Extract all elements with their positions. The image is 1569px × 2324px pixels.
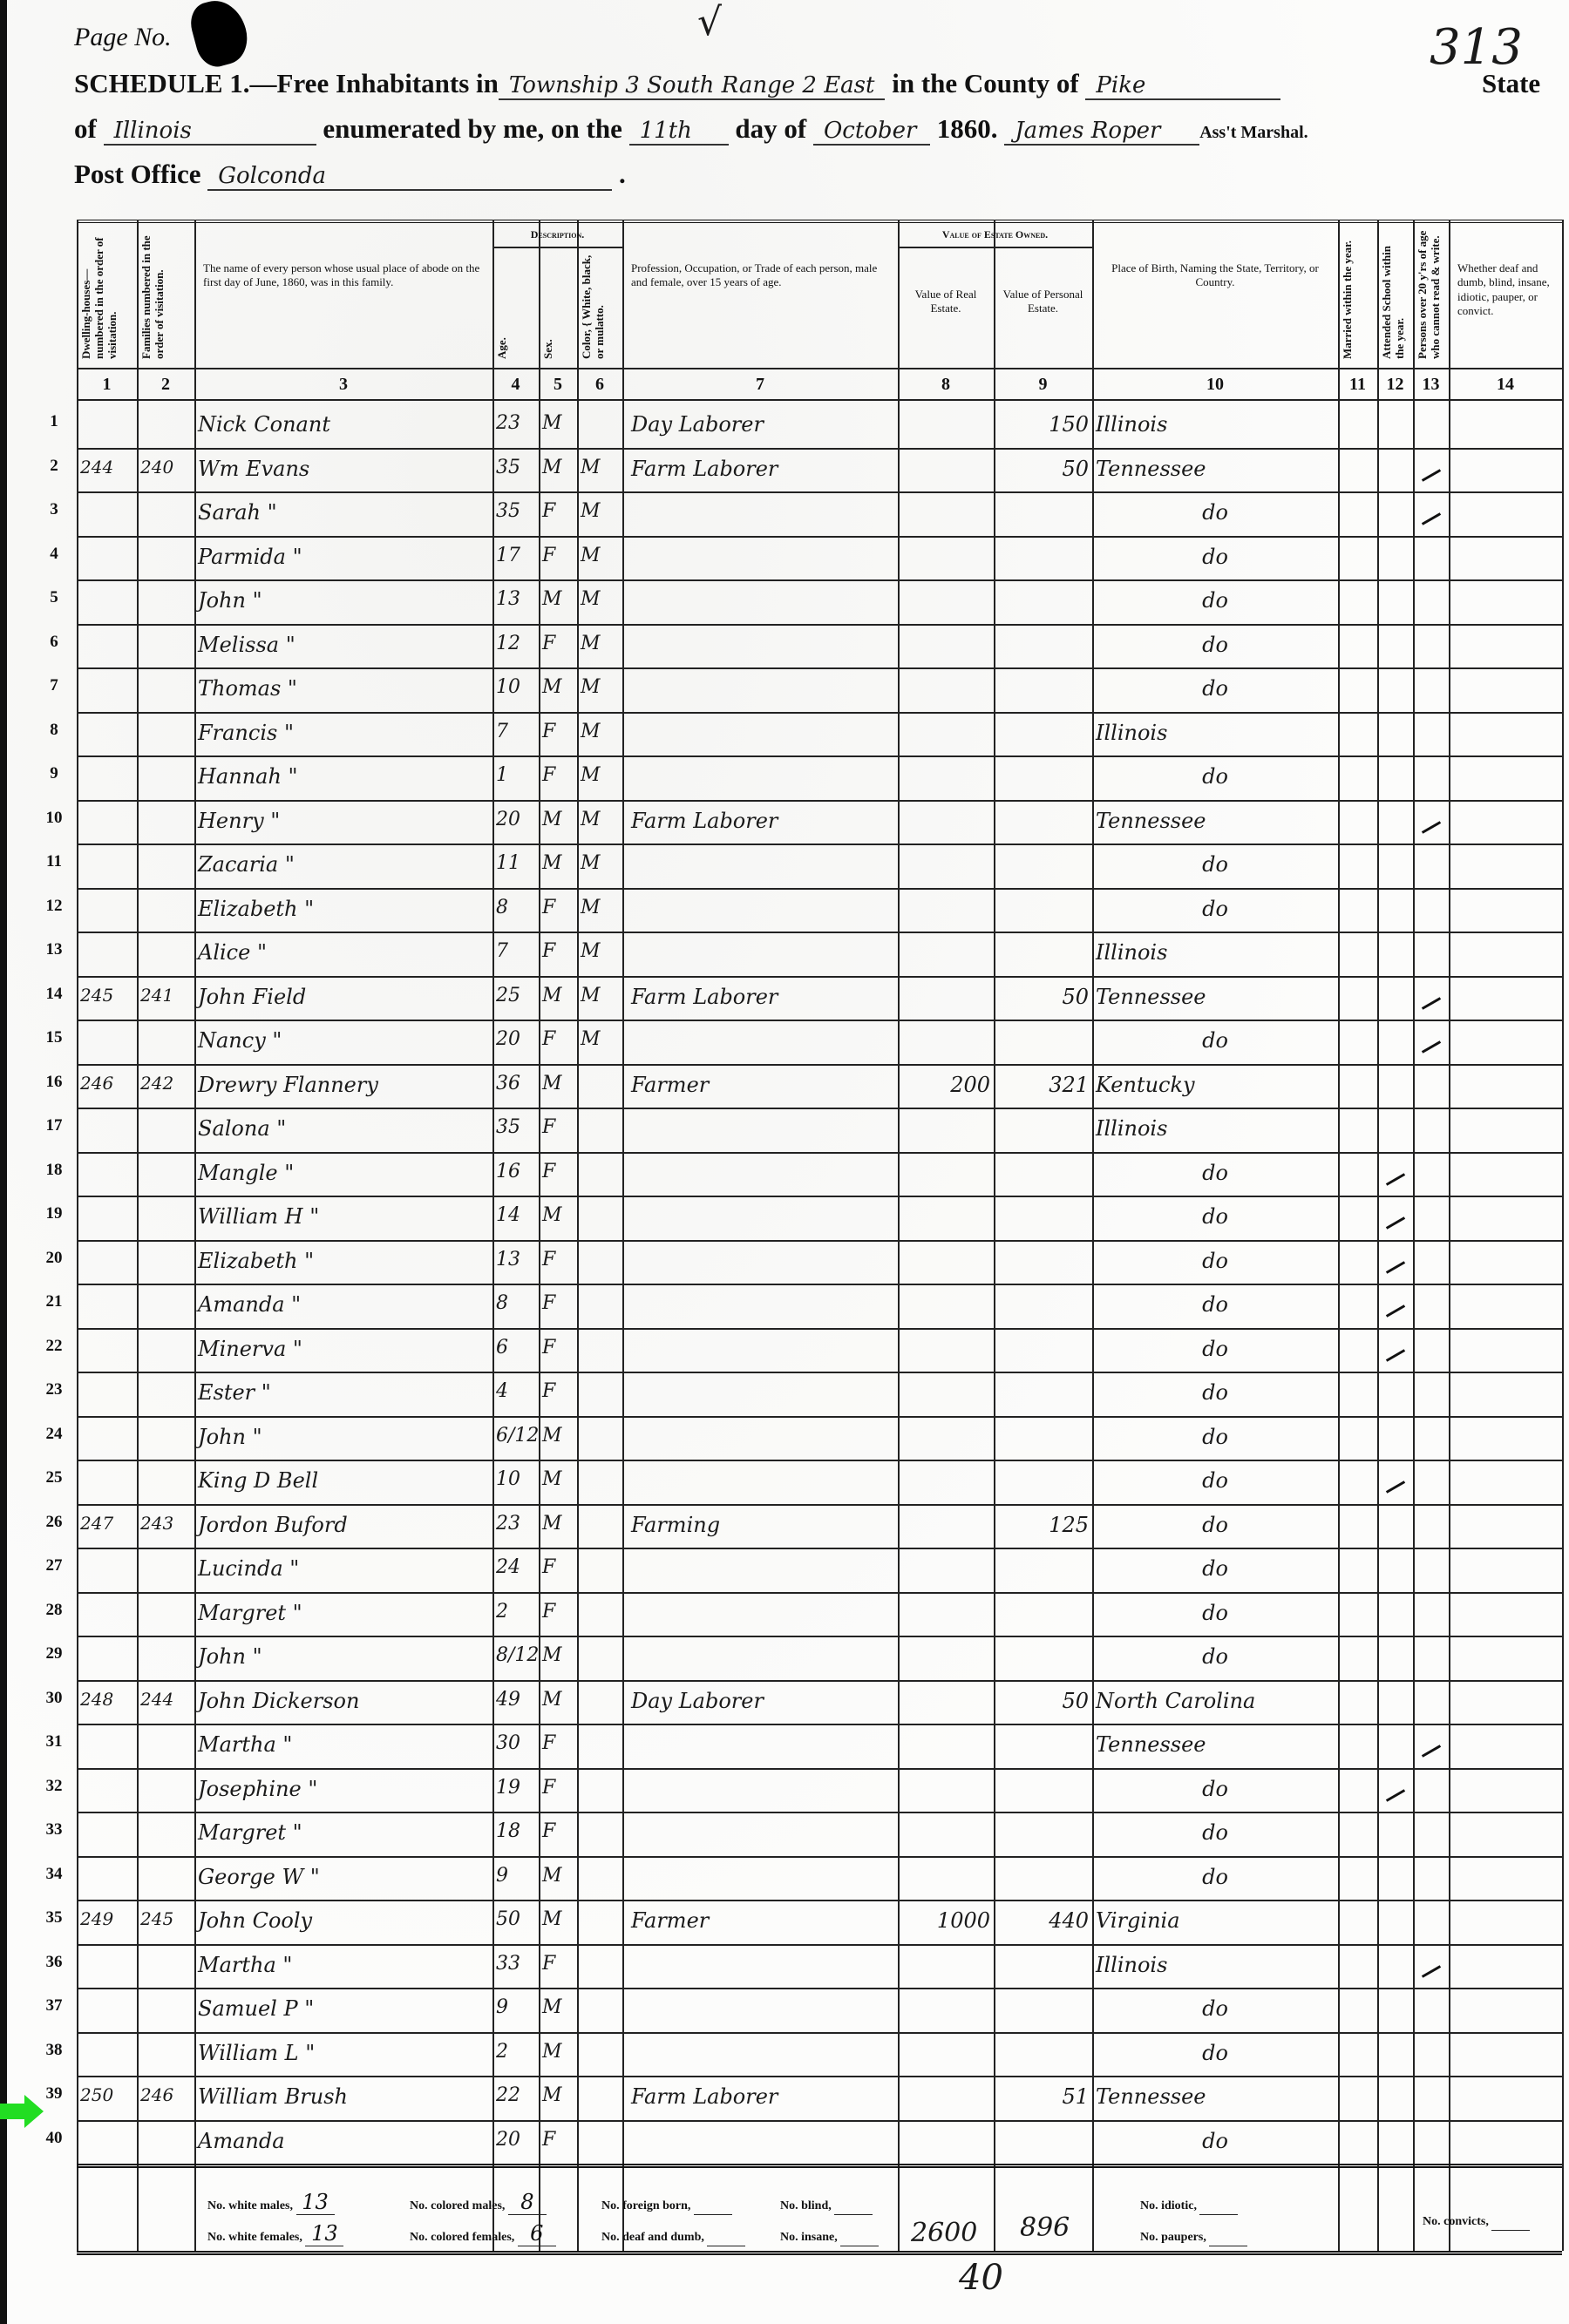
color: M bbox=[581, 545, 619, 566]
white-females: No. white females, 13 bbox=[207, 2221, 343, 2246]
row-rule bbox=[77, 1416, 1562, 1418]
row-rule bbox=[77, 1196, 1562, 1197]
dwelling-number: 245 bbox=[80, 985, 133, 1006]
paupers: No. paupers, bbox=[1140, 2221, 1247, 2246]
real-estate-total: 2600 bbox=[911, 2218, 977, 2248]
birthplace: do bbox=[1096, 1556, 1335, 1581]
post-office: Golconda bbox=[207, 163, 612, 191]
personal-estate-value: 50 bbox=[997, 985, 1089, 1009]
paupers-label: No. paupers, bbox=[1140, 2231, 1209, 2244]
sex: M bbox=[542, 852, 574, 874]
person-name: Amanda bbox=[198, 2129, 489, 2153]
line-number: 18 bbox=[38, 1161, 70, 1180]
column-header-7: Profession, Occupation, or Trade of each… bbox=[631, 261, 889, 290]
person-name: John Field bbox=[198, 985, 489, 1009]
dwelling-number: 247 bbox=[80, 1513, 133, 1534]
column-header-13: Persons over 20 y'rs of age who cannot r… bbox=[1416, 228, 1445, 359]
birthplace: do bbox=[1096, 1204, 1335, 1229]
age: 19 bbox=[496, 1777, 535, 1799]
line-number: 26 bbox=[38, 1513, 70, 1532]
column-number-9: 9 bbox=[994, 375, 1092, 395]
line-number: 14 bbox=[38, 985, 70, 1004]
birthplace: do bbox=[1096, 1425, 1335, 1449]
birthplace: North Carolina bbox=[1096, 1689, 1335, 1713]
enumeration-line: of Illinois enumerated by me, on the 11t… bbox=[74, 113, 1308, 146]
sex: F bbox=[542, 897, 574, 918]
person-name: Wm Evans bbox=[198, 457, 489, 481]
person-name: Margret " bbox=[198, 1601, 489, 1625]
ink-blot bbox=[186, 0, 253, 71]
line-number: 30 bbox=[38, 1689, 70, 1708]
birthplace: do bbox=[1096, 500, 1335, 525]
age: 25 bbox=[496, 985, 535, 1006]
birthplace: Tennessee bbox=[1096, 457, 1335, 481]
age: 4 bbox=[496, 1380, 535, 1402]
color: M bbox=[581, 721, 619, 742]
school-tick bbox=[1386, 1480, 1405, 1494]
color: M bbox=[581, 676, 619, 698]
real-estate-value: 1000 bbox=[901, 1908, 990, 1933]
row-rule bbox=[77, 1372, 1562, 1373]
color: M bbox=[581, 985, 619, 1006]
white-males-label: No. white males, bbox=[207, 2199, 296, 2212]
birthplace: do bbox=[1096, 588, 1335, 613]
birthplace: Kentucky bbox=[1096, 1073, 1335, 1097]
person-name: Amanda " bbox=[198, 1292, 489, 1317]
person-name: Thomas " bbox=[198, 676, 489, 701]
day: 11th bbox=[629, 118, 729, 146]
age: 9 bbox=[496, 1996, 535, 2018]
line-number: 8 bbox=[38, 721, 70, 740]
person-name: Salona " bbox=[198, 1116, 489, 1141]
colnum-bottom-rule bbox=[77, 399, 1562, 401]
birthplace: Virginia bbox=[1096, 1908, 1335, 1933]
paupers-value bbox=[1209, 2221, 1247, 2246]
column-divider bbox=[577, 220, 579, 2251]
birthplace: do bbox=[1096, 1380, 1335, 1405]
family-number: 242 bbox=[140, 1073, 191, 1094]
column-number-1: 1 bbox=[77, 375, 137, 395]
sex: M bbox=[542, 457, 574, 478]
personal-estate-value: 51 bbox=[997, 2084, 1089, 2109]
column-header-1: Dwelling-houses—numbered in the order of… bbox=[80, 228, 133, 359]
column-divider bbox=[1562, 220, 1564, 2251]
row-rule bbox=[77, 932, 1562, 933]
line-number: 40 bbox=[38, 2129, 70, 2148]
estate-rule bbox=[898, 247, 1092, 248]
convicts: No. convicts, bbox=[1423, 2205, 1530, 2231]
insane: No. insane, bbox=[780, 2221, 879, 2246]
illiterate-tick bbox=[1422, 997, 1441, 1010]
birthplace: do bbox=[1096, 1028, 1335, 1053]
person-name: Parmida " bbox=[198, 545, 489, 569]
sex: F bbox=[542, 1249, 574, 1270]
row-rule bbox=[77, 1108, 1562, 1109]
dwelling-number: 244 bbox=[80, 457, 133, 478]
sex: F bbox=[542, 1380, 574, 1402]
family-number: 241 bbox=[140, 985, 191, 1006]
header-bottom-rule bbox=[77, 368, 1562, 369]
township: Township 3 South Range 2 East bbox=[499, 72, 886, 100]
estate-group-header: Value of Estate Owned. bbox=[898, 228, 1092, 241]
line-number: 31 bbox=[38, 1732, 70, 1751]
age: 6/12 bbox=[496, 1425, 535, 1447]
line-number: 20 bbox=[38, 1249, 70, 1268]
birthplace: Illinois bbox=[1096, 1953, 1335, 1977]
row-rule bbox=[77, 1460, 1562, 1461]
column-header-3: The name of every person whose usual pla… bbox=[203, 261, 484, 290]
column-divider bbox=[137, 220, 139, 2251]
person-name: George W " bbox=[198, 1865, 489, 1889]
personal-estate-value: 440 bbox=[997, 1908, 1089, 1933]
line-number: 36 bbox=[38, 1953, 70, 1972]
sex: M bbox=[542, 588, 574, 610]
sex: M bbox=[542, 1425, 574, 1447]
personal-estate-value: 50 bbox=[997, 457, 1089, 481]
school-tick bbox=[1386, 1304, 1405, 1318]
colored-females: No. colored females, 6 bbox=[410, 2221, 556, 2246]
column-header-14: Whether deaf and dumb, blind, insane, id… bbox=[1457, 261, 1553, 318]
deaf-dumb-value bbox=[707, 2221, 745, 2246]
personal-estate-total: 896 bbox=[1020, 2212, 1070, 2243]
column-header-4: Age. bbox=[496, 254, 535, 359]
row-rule bbox=[77, 1812, 1562, 1813]
column-header-11: Married within the year. bbox=[1341, 228, 1374, 359]
row-rule bbox=[77, 448, 1562, 450]
row-rule bbox=[77, 1592, 1562, 1594]
person-name: Lucinda " bbox=[198, 1556, 489, 1581]
age: 20 bbox=[496, 809, 535, 830]
line-number: 32 bbox=[38, 1777, 70, 1796]
birthplace: Illinois bbox=[1096, 1116, 1335, 1141]
birthplace: do bbox=[1096, 1337, 1335, 1361]
column-header-12: Attended School within the year. bbox=[1381, 228, 1409, 359]
line-number: 19 bbox=[38, 1204, 70, 1223]
idiotic: No. idiotic, bbox=[1140, 2190, 1238, 2215]
age: 7 bbox=[496, 940, 535, 962]
line-number: 10 bbox=[38, 809, 70, 828]
column-header-8: Value of Real Estate. bbox=[907, 288, 985, 316]
year: 1860. bbox=[937, 113, 998, 144]
foreign-born-value bbox=[694, 2190, 732, 2215]
age: 1 bbox=[496, 764, 535, 786]
birthplace: do bbox=[1096, 633, 1335, 657]
birthplace: do bbox=[1096, 1777, 1335, 1801]
birthplace: do bbox=[1096, 1292, 1335, 1317]
color: M bbox=[581, 809, 619, 830]
birthplace: do bbox=[1096, 764, 1335, 789]
birthplace: Illinois bbox=[1096, 940, 1335, 965]
line-number: 25 bbox=[38, 1468, 70, 1487]
sex: F bbox=[542, 633, 574, 654]
row-rule bbox=[77, 1680, 1562, 1682]
schedule-title-line: SCHEDULE 1.—Free Inhabitants inTownship … bbox=[74, 68, 1280, 100]
sex: F bbox=[542, 2129, 574, 2151]
birthplace: do bbox=[1096, 1820, 1335, 1845]
sex: F bbox=[542, 1116, 574, 1138]
line-number: 28 bbox=[38, 1601, 70, 1620]
occupation: Day Laborer bbox=[626, 412, 900, 437]
row-rule bbox=[77, 536, 1562, 538]
age: 2 bbox=[496, 1601, 535, 1623]
person-name: Minerva " bbox=[198, 1337, 489, 1361]
row-rule bbox=[77, 1504, 1562, 1506]
row-rule bbox=[77, 1988, 1562, 1989]
blind-label: No. blind, bbox=[780, 2199, 834, 2212]
dwelling-number: 248 bbox=[80, 1689, 133, 1710]
occupation: Farm Laborer bbox=[626, 2084, 900, 2109]
sex: M bbox=[542, 1996, 574, 2018]
line-number: 33 bbox=[38, 1820, 70, 1840]
birthplace: do bbox=[1096, 1161, 1335, 1185]
age: 13 bbox=[496, 1249, 535, 1270]
column-divider bbox=[1413, 220, 1415, 2251]
illiterate-tick bbox=[1422, 1040, 1441, 1054]
school-tick bbox=[1386, 1349, 1405, 1362]
row-rule bbox=[77, 579, 1562, 581]
color: M bbox=[581, 457, 619, 478]
insane-label: No. insane, bbox=[780, 2231, 840, 2244]
person-name: Elizabeth " bbox=[198, 1249, 489, 1273]
line-number: 2 bbox=[38, 457, 70, 476]
row-rule bbox=[77, 624, 1562, 626]
blind: No. blind, bbox=[780, 2190, 873, 2215]
age: 8/12 bbox=[496, 1644, 535, 1666]
row-rule bbox=[77, 2120, 1562, 2122]
line-number: 7 bbox=[38, 676, 70, 695]
age: 23 bbox=[496, 1513, 535, 1535]
birthplace: Tennessee bbox=[1096, 2084, 1335, 2109]
line-number: 22 bbox=[38, 1337, 70, 1356]
person-name: Ester " bbox=[198, 1380, 489, 1405]
person-name: Mangle " bbox=[198, 1161, 489, 1185]
county-label: in the County of bbox=[892, 68, 1078, 98]
column-number-12: 12 bbox=[1377, 375, 1413, 395]
illiterate-tick bbox=[1422, 512, 1441, 525]
colored-females-value: 6 bbox=[518, 2221, 556, 2246]
age: 10 bbox=[496, 676, 535, 698]
person-name: Nick Conant bbox=[198, 412, 489, 437]
sex: F bbox=[542, 1161, 574, 1182]
family-number: 246 bbox=[140, 2084, 191, 2105]
line-number: 17 bbox=[38, 1116, 70, 1135]
column-number-4: 4 bbox=[492, 375, 539, 395]
column-divider bbox=[1338, 220, 1340, 2251]
person-name: William H " bbox=[198, 1204, 489, 1229]
column-header-9: Value of Personal Estate. bbox=[1002, 288, 1083, 316]
column-divider bbox=[1377, 220, 1379, 2251]
row-rule bbox=[77, 1284, 1562, 1285]
day-of-label: day of bbox=[735, 113, 806, 144]
person-name: William L " bbox=[198, 2041, 489, 2065]
age: 2 bbox=[496, 2041, 535, 2063]
scan-edge bbox=[0, 0, 7, 2324]
marshal-label: Ass't Marshal. bbox=[1199, 123, 1307, 142]
birthplace: do bbox=[1096, 2129, 1335, 2153]
check-mark: √ bbox=[697, 0, 722, 44]
personal-estate-value: 50 bbox=[997, 1689, 1089, 1713]
birthplace: do bbox=[1096, 1601, 1335, 1625]
column-header-5: Sex. bbox=[542, 254, 574, 359]
dwelling-number: 250 bbox=[80, 2084, 133, 2105]
line-number: 24 bbox=[38, 1425, 70, 1444]
footer-bottom-rule bbox=[77, 2251, 1562, 2255]
person-name: John " bbox=[198, 588, 489, 613]
age: 20 bbox=[496, 2129, 535, 2151]
person-name: John " bbox=[198, 1644, 489, 1669]
line-number: 13 bbox=[38, 940, 70, 959]
column-number-14: 14 bbox=[1449, 375, 1562, 395]
line-number: 1 bbox=[38, 412, 70, 431]
age: 50 bbox=[496, 1908, 535, 1930]
birthplace: Tennessee bbox=[1096, 985, 1335, 1009]
row-rule bbox=[77, 976, 1562, 978]
sex: M bbox=[542, 1908, 574, 1930]
marshal-name: James Roper bbox=[1004, 118, 1199, 146]
color: M bbox=[581, 897, 619, 918]
deaf-dumb-label: No. deaf and dumb, bbox=[601, 2231, 707, 2244]
white-males: No. white males, 13 bbox=[207, 2190, 335, 2215]
column-divider bbox=[622, 220, 624, 2251]
line-number: 35 bbox=[38, 1908, 70, 1928]
column-number-10: 10 bbox=[1092, 375, 1338, 395]
occupation: Farmer bbox=[626, 1908, 900, 1933]
convicts-label: No. convicts, bbox=[1423, 2215, 1491, 2228]
post-office-line: Post Office Golconda . bbox=[74, 159, 626, 191]
sex: M bbox=[542, 809, 574, 830]
person-name: Zacaria " bbox=[198, 852, 489, 877]
person-name: Jordon Buford bbox=[198, 1513, 489, 1537]
dwelling-number: 246 bbox=[80, 1073, 133, 1094]
person-name: Josephine " bbox=[198, 1777, 489, 1801]
column-number-13: 13 bbox=[1413, 375, 1449, 395]
line-number: 29 bbox=[38, 1644, 70, 1663]
occupation: Farm Laborer bbox=[626, 985, 900, 1009]
footer-top-rule bbox=[77, 2164, 1562, 2168]
age: 23 bbox=[496, 412, 535, 434]
age: 8 bbox=[496, 897, 535, 918]
age: 33 bbox=[496, 1953, 535, 1975]
colored-males-value: 8 bbox=[508, 2190, 547, 2215]
row-rule bbox=[77, 1944, 1562, 1946]
person-name: Hannah " bbox=[198, 764, 489, 789]
schedule-title: SCHEDULE 1.—Free Inhabitants in bbox=[74, 68, 499, 98]
person-name: Melissa " bbox=[198, 633, 489, 657]
row-rule bbox=[77, 1768, 1562, 1770]
sex: M bbox=[542, 676, 574, 698]
person-name: Drewry Flannery bbox=[198, 1073, 489, 1097]
sex: M bbox=[542, 1644, 574, 1666]
birthplace: Tennessee bbox=[1096, 1732, 1335, 1757]
row-rule bbox=[77, 712, 1562, 714]
occupation: Farmer bbox=[626, 1073, 900, 1097]
row-rule bbox=[77, 667, 1562, 669]
column-header-6: Color, { White, black, or mulatto. bbox=[581, 254, 619, 359]
insane-value bbox=[840, 2221, 879, 2246]
sex: M bbox=[542, 1073, 574, 1094]
blind-value bbox=[834, 2190, 873, 2215]
age: 11 bbox=[496, 852, 535, 874]
occupation: Farming bbox=[626, 1513, 900, 1537]
column-number-3: 3 bbox=[194, 375, 492, 395]
person-name: Margret " bbox=[198, 1820, 489, 1845]
sex: M bbox=[542, 2041, 574, 2063]
occupation: Farm Laborer bbox=[626, 457, 900, 481]
line-number: 37 bbox=[38, 1996, 70, 2016]
line-number: 4 bbox=[38, 545, 70, 564]
colored-males-label: No. colored males, bbox=[410, 2199, 508, 2212]
line-number: 6 bbox=[38, 633, 70, 652]
of-label: of bbox=[74, 113, 97, 144]
row-rule bbox=[77, 1724, 1562, 1725]
margin-note: 40 bbox=[959, 2258, 1003, 2298]
column-divider bbox=[77, 220, 78, 2251]
sex: F bbox=[542, 1337, 574, 1358]
sex: M bbox=[542, 2084, 574, 2106]
age: 13 bbox=[496, 588, 535, 610]
family-number: 243 bbox=[140, 1513, 191, 1534]
age: 10 bbox=[496, 1468, 535, 1490]
illiterate-tick bbox=[1422, 469, 1441, 482]
row-rule bbox=[77, 1020, 1562, 1021]
color: M bbox=[581, 588, 619, 610]
column-number-7: 7 bbox=[622, 375, 898, 395]
age: 12 bbox=[496, 633, 535, 654]
line-number: 9 bbox=[38, 764, 70, 783]
sex: F bbox=[542, 500, 574, 522]
occupation: Farm Laborer bbox=[626, 809, 900, 833]
sex: F bbox=[542, 1292, 574, 1314]
age: 6 bbox=[496, 1337, 535, 1358]
real-estate-value: 200 bbox=[901, 1073, 990, 1097]
row-rule bbox=[77, 1240, 1562, 1242]
column-divider bbox=[898, 220, 900, 2251]
birthplace: Illinois bbox=[1096, 412, 1335, 437]
birthplace: do bbox=[1096, 1513, 1335, 1537]
month: October bbox=[813, 118, 930, 146]
age: 35 bbox=[496, 457, 535, 478]
sex: F bbox=[542, 1953, 574, 1975]
person-name: Martha " bbox=[198, 1732, 489, 1757]
sex: F bbox=[542, 1820, 574, 1842]
age: 22 bbox=[496, 2084, 535, 2106]
row-rule bbox=[77, 1548, 1562, 1549]
foreign-born-label: No. foreign born, bbox=[601, 2199, 694, 2212]
column-divider bbox=[492, 220, 494, 2251]
column-divider bbox=[1092, 220, 1094, 2251]
person-name: Elizabeth " bbox=[198, 897, 489, 921]
school-tick bbox=[1386, 1216, 1405, 1230]
age: 30 bbox=[496, 1732, 535, 1754]
line-number: 12 bbox=[38, 897, 70, 916]
colored-males: No. colored males, 8 bbox=[410, 2190, 547, 2215]
birthplace: do bbox=[1096, 545, 1335, 569]
age: 35 bbox=[496, 1116, 535, 1138]
sex: F bbox=[542, 1777, 574, 1799]
color: M bbox=[581, 852, 619, 874]
convicts-value bbox=[1491, 2205, 1530, 2231]
sex: M bbox=[542, 985, 574, 1006]
age: 35 bbox=[496, 500, 535, 522]
row-rule bbox=[77, 888, 1562, 890]
column-divider bbox=[994, 220, 995, 2251]
post-office-label: Post Office bbox=[74, 159, 200, 189]
person-name: Martha " bbox=[198, 1953, 489, 1977]
age: 36 bbox=[496, 1073, 535, 1094]
person-name: John Cooly bbox=[198, 1908, 489, 1933]
white-females-value: 13 bbox=[305, 2221, 343, 2246]
person-name: Nancy " bbox=[198, 1028, 489, 1053]
